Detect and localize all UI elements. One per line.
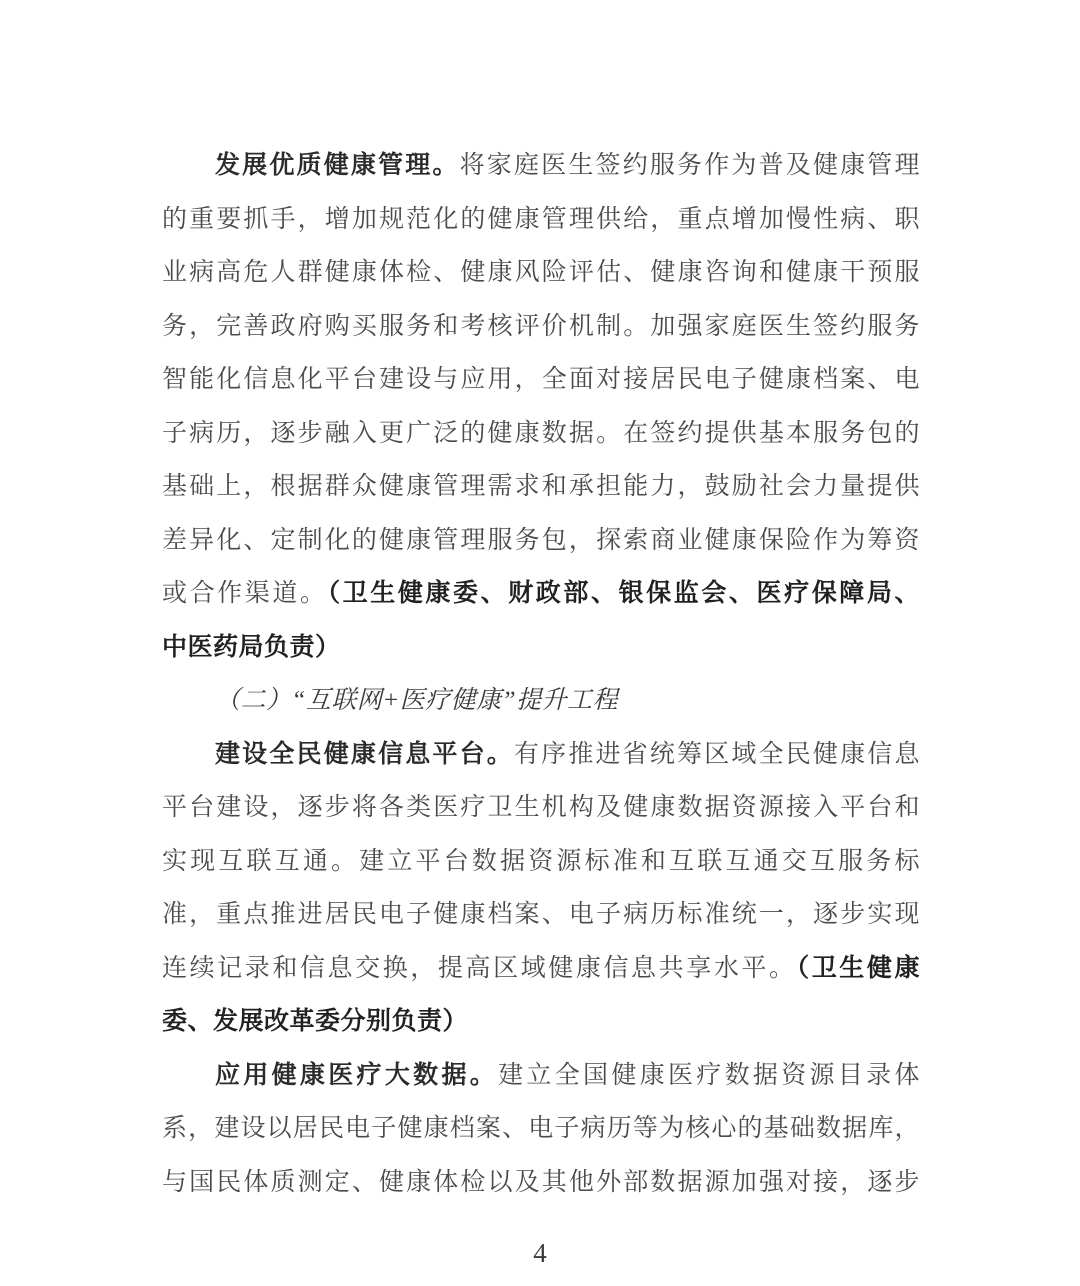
text-line: 业病高危人群健康体检、健康风险评估、健康咨询和健康干预服 [162, 246, 920, 300]
text-line: 系，建设以居民电子健康档案、电子病历等为核心的基础数据库， [162, 1102, 920, 1156]
text-segment-resp: （卫生健康委、财政部、银保监会、医疗保障局、 [328, 579, 920, 607]
text-segment-body: 将家庭医生签约服务作为普及健康管理 [460, 152, 920, 179]
page-footer: 4 [0, 1238, 1080, 1269]
text-line: 建设全民健康信息平台。有序推进省统筹区域全民健康信息 [162, 728, 920, 782]
text-line: 基础上，根据群众健康管理需求和承担能力，鼓励社会力量提供 [162, 460, 920, 514]
text-line: 子病历，逐步融入更广泛的健康数据。在签约提供基本服务包的 [162, 407, 920, 461]
text-line: 平台建设，逐步将各类医疗卫生机构及健康数据资源接入平台和 [162, 781, 920, 835]
text-segment-lead: 应用健康医疗大数据。 [215, 1062, 498, 1089]
text-segment-body: 的重要抓手，增加规范化的健康管理供给，重点增加慢性病、职 [162, 206, 920, 233]
document-page: 发展优质健康管理。将家庭医生签约服务作为普及健康管理的重要抓手，增加规范化的健康… [0, 0, 1080, 1286]
text-line: 或合作渠道。（卫生健康委、财政部、银保监会、医疗保障局、 [162, 567, 920, 621]
text-line: 发展优质健康管理。将家庭医生签约服务作为普及健康管理 [162, 139, 920, 193]
text-line: 连续记录和信息交换，提高区域健康信息共享水平。（卫生健康 [162, 942, 920, 996]
text-segment-body: 务，完善政府购买服务和考核评价机制。加强家庭医生签约服务 [162, 313, 920, 340]
text-line: 智能化信息化平台建设与应用，全面对接居民电子健康档案、电 [162, 353, 920, 407]
text-segment-body: 连续记录和信息交换，提高区域健康信息共享水平。 [162, 955, 797, 982]
text-segment-heading: （二）“互联网+医疗健康”提升工程 [215, 687, 618, 714]
text-line: 与国民体质测定、健康体检以及其他外部数据源加强对接，逐步 [162, 1156, 920, 1210]
page-number: 4 [533, 1238, 547, 1268]
text-line: 实现互联互通。建立平台数据资源标准和互联互通交互服务标 [162, 835, 920, 889]
text-segment-body: 准，重点推进居民电子健康档案、电子病历标准统一，逐步实现 [162, 901, 920, 928]
text-segment-body: 实现互联互通。建立平台数据资源标准和互联互通交互服务标 [162, 848, 920, 875]
text-segment-body: 智能化信息化平台建设与应用，全面对接居民电子健康档案、电 [162, 366, 920, 393]
text-segment-body: 建立全国健康医疗数据资源目录体 [498, 1062, 920, 1089]
text-segment-body: 业病高危人群健康体检、健康风险评估、健康咨询和健康干预服 [162, 259, 920, 286]
text-line: 的重要抓手，增加规范化的健康管理供给，重点增加慢性病、职 [162, 193, 920, 247]
text-line: 差异化、定制化的健康管理服务包，探索商业健康保险作为筹资 [162, 514, 920, 568]
text-segment-body: 或合作渠道。 [162, 580, 328, 607]
text-line: 中医药局负责） [162, 621, 920, 675]
text-line: 务，完善政府购买服务和考核评价机制。加强家庭医生签约服务 [162, 300, 920, 354]
text-segment-body: 有序推进省统筹区域全民健康信息 [514, 741, 920, 768]
text-segment-lead: 建设全民健康信息平台。 [215, 741, 514, 768]
text-segment-resp: 委、发展改革委分别负责） [162, 1007, 468, 1035]
text-segment-resp: 中医药局负责） [162, 633, 341, 661]
document-body: 发展优质健康管理。将家庭医生签约服务作为普及健康管理的重要抓手，增加规范化的健康… [162, 139, 920, 1209]
text-line: （二）“互联网+医疗健康”提升工程 [162, 674, 920, 728]
text-line: 应用健康医疗大数据。建立全国健康医疗数据资源目录体 [162, 1049, 920, 1103]
text-segment-body: 系，建设以居民电子健康档案、电子病历等为核心的基础数据库， [162, 1115, 920, 1142]
text-segment-body: 与国民体质测定、健康体检以及其他外部数据源加强对接，逐步 [162, 1169, 920, 1196]
text-line: 准，重点推进居民电子健康档案、电子病历标准统一，逐步实现 [162, 888, 920, 942]
text-segment-lead: 发展优质健康管理。 [215, 152, 460, 179]
text-segment-body: 平台建设，逐步将各类医疗卫生机构及健康数据资源接入平台和 [162, 794, 920, 821]
text-segment-resp: （卫生健康 [797, 954, 920, 982]
text-segment-body: 基础上，根据群众健康管理需求和承担能力，鼓励社会力量提供 [162, 473, 920, 500]
text-segment-body: 差异化、定制化的健康管理服务包，探索商业健康保险作为筹资 [162, 527, 920, 554]
text-segment-body: 子病历，逐步融入更广泛的健康数据。在签约提供基本服务包的 [162, 420, 920, 447]
text-line: 委、发展改革委分别负责） [162, 995, 920, 1049]
